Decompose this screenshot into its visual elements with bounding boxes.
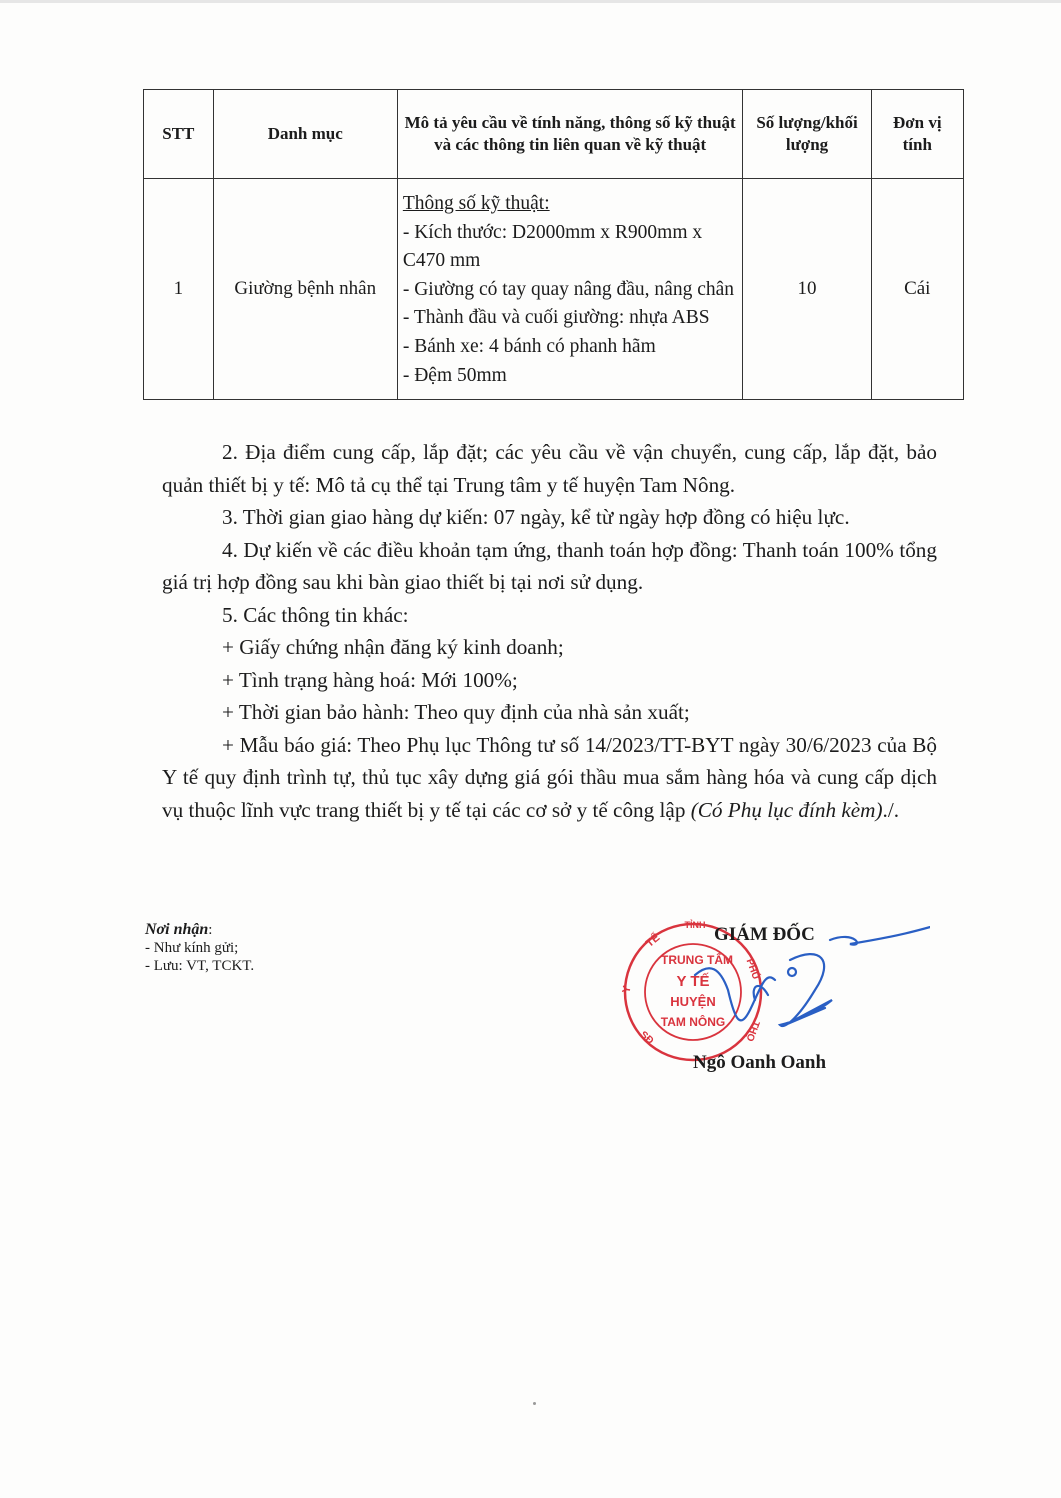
- header-name: Danh mục: [213, 90, 397, 179]
- table-header-row: STT Danh mục Mô tả yêu cầu về tính năng,…: [144, 90, 964, 179]
- recipients-colon: :: [208, 922, 212, 938]
- bullet-business-license: + Giấy chứng nhận đăng ký kinh doanh;: [162, 631, 937, 664]
- svg-text:Y TẾ: Y TẾ: [676, 973, 709, 990]
- cell-stt: 1: [144, 179, 214, 400]
- header-stt: STT: [144, 90, 214, 179]
- appendix-note: (Có Phụ lục đính kèm): [691, 798, 883, 822]
- paragraph-delivery-time: 3. Thời gian giao hàng dự kiến: 07 ngày,…: [162, 501, 937, 534]
- cell-qty: 10: [743, 179, 871, 400]
- document-body: 2. Địa điểm cung cấp, lắp đặt; các yêu c…: [162, 436, 937, 826]
- bullet-goods-condition: + Tình trạng hàng hoá: Mới 100%;: [162, 664, 937, 697]
- svg-text:HUYỆN: HUYỆN: [670, 994, 716, 1009]
- header-qty: Số lượng/khối lượng: [743, 90, 871, 179]
- recipient-item: - Như kính gửi;: [145, 939, 254, 957]
- table-row: 1 Giường bệnh nhân Thông số kỹ thuật: - …: [144, 179, 964, 400]
- header-desc: Mô tả yêu cầu về tính năng, thông số kỹ …: [397, 90, 743, 179]
- recipient-item: - Lưu: VT, TCKT.: [145, 957, 254, 975]
- cell-unit: Cái: [871, 179, 963, 400]
- desc-line: - Kích thước: D2000mm x R900mm x C470 mm: [403, 219, 738, 276]
- recipients-block: Nơi nhận: - Như kính gửi; - Lưu: VT, TCK…: [145, 921, 254, 975]
- signer-title: GIÁM ĐỐC: [714, 924, 815, 946]
- desc-line: - Đệm 50mm: [403, 362, 738, 391]
- scan-speck: [533, 1402, 536, 1405]
- paragraph-other-info: 5. Các thông tin khác:: [162, 599, 937, 632]
- desc-line: - Giường có tay quay nâng đầu, nâng chân: [403, 276, 738, 305]
- svg-text:THỌ: THỌ: [743, 1019, 761, 1043]
- svg-text:TRUNG TÂM: TRUNG TÂM: [661, 952, 733, 967]
- cell-name: Giường bệnh nhân: [213, 179, 397, 400]
- recipients-title: Nơi nhận: [145, 921, 208, 938]
- cell-desc: Thông số kỹ thuật: - Kích thước: D2000mm…: [397, 179, 743, 400]
- svg-text:TAM NÔNG: TAM NÔNG: [661, 1014, 725, 1029]
- svg-text:TỈNH: TỈNH: [685, 919, 706, 930]
- signer-name: Ngô Oanh Oanh: [693, 1052, 826, 1074]
- desc-line: - Thành đầu và cuối giường: nhựa ABS: [403, 304, 738, 333]
- desc-line: - Bánh xe: 4 bánh có phanh hãm: [403, 333, 738, 362]
- spec-table: STT Danh mục Mô tả yêu cầu về tính năng,…: [143, 89, 964, 400]
- bullet-quote-template: + Mẫu báo giá: Theo Phụ lục Thông tư số …: [162, 729, 937, 827]
- end-mark: ./.: [883, 798, 899, 822]
- svg-text:SĐ: SĐ: [638, 1029, 656, 1046]
- header-unit: Đơn vị tính: [871, 90, 963, 179]
- scan-edge: [0, 0, 1061, 3]
- paragraph-payment: 4. Dự kiến về các điều khoản tạm ứng, th…: [162, 534, 937, 599]
- svg-text:PHÚ: PHÚ: [744, 957, 763, 981]
- svg-text:Y: Y: [620, 984, 633, 994]
- paragraph-location: 2. Địa điểm cung cấp, lắp đặt; các yêu c…: [162, 436, 937, 501]
- bullet-warranty: + Thời gian bảo hành: Theo quy định của …: [162, 696, 937, 729]
- desc-title: Thông số kỹ thuật:: [403, 190, 738, 219]
